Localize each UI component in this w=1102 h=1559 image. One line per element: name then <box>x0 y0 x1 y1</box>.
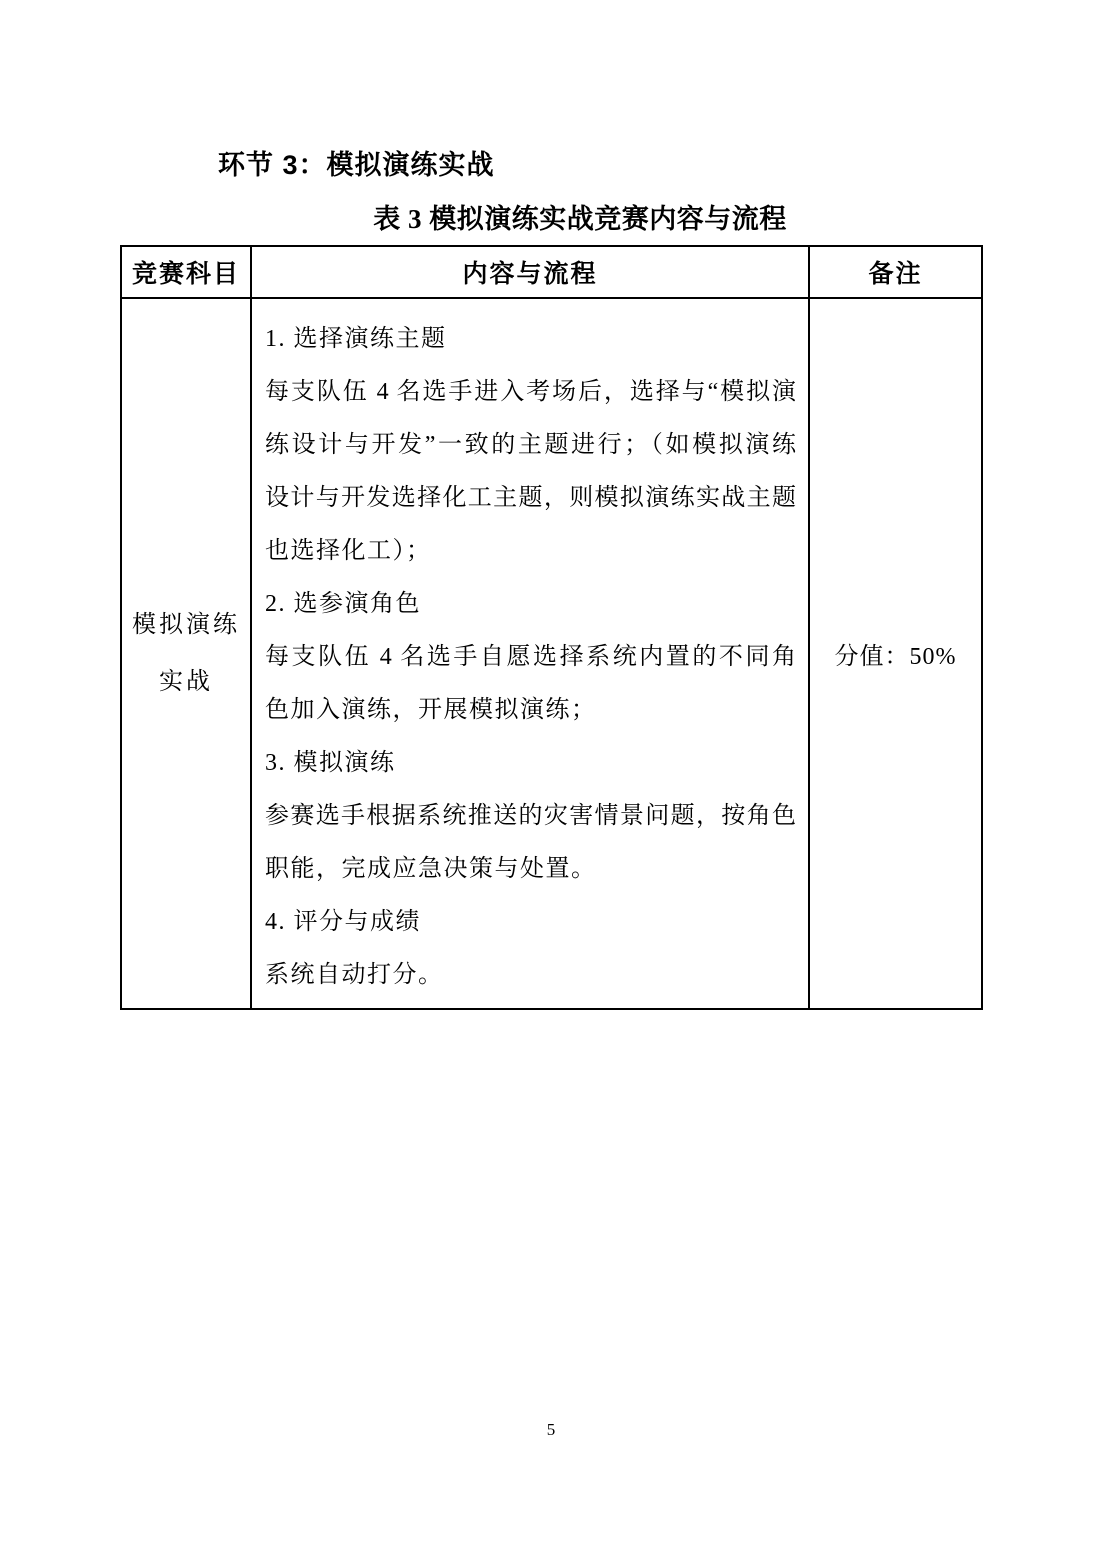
table-body-row: 模拟演练 实战 1. 选择演练主题每支队伍 4 名选手进入考场后，选择与“模拟演… <box>122 299 981 1008</box>
content-line: 参赛选手根据系统推送的灾害情景问题，按角色 <box>265 790 796 843</box>
document-page: 环节 3：模拟演练实战 表 3 模拟演练实战竞赛内容与流程 竞赛科目 内容与流程… <box>0 0 1102 1559</box>
content-line: 2. 选参演角色 <box>265 578 796 631</box>
header-remark-column: 备注 <box>810 247 981 297</box>
page-number: 5 <box>0 1420 1102 1440</box>
content-line: 职能，完成应急决策与处置。 <box>265 843 796 896</box>
content-line: 色加入演练，开展模拟演练； <box>265 684 796 737</box>
subject-line-2: 实战 <box>159 654 213 711</box>
section-heading: 环节 3：模拟演练实战 <box>218 143 495 182</box>
header-content-column: 内容与流程 <box>252 247 810 297</box>
remark-text: 分值：50% <box>835 636 957 671</box>
content-line: 1. 选择演练主题 <box>265 313 796 366</box>
content-line: 每支队伍 4 名选手进入考场后，选择与“模拟演 <box>265 366 796 419</box>
content-line: 3. 模拟演练 <box>265 737 796 790</box>
header-subject-column: 竞赛科目 <box>122 247 252 297</box>
content-line: 也选择化工）； <box>265 525 796 578</box>
content-line: 每支队伍 4 名选手自愿选择系统内置的不同角 <box>265 631 796 684</box>
content-line: 设计与开发选择化工主题，则模拟演练实战主题 <box>265 472 796 525</box>
subject-cell: 模拟演练 实战 <box>122 299 252 1008</box>
content-line: 系统自动打分。 <box>265 949 796 1002</box>
competition-table: 竞赛科目 内容与流程 备注 模拟演练 实战 1. 选择演练主题每支队伍 4 名选… <box>120 245 983 1010</box>
table-caption: 表 3 模拟演练实战竞赛内容与流程 <box>60 197 1100 236</box>
content-cell: 1. 选择演练主题每支队伍 4 名选手进入考场后，选择与“模拟演练设计与开发”一… <box>252 299 810 1008</box>
remark-cell: 分值：50% <box>810 299 981 1008</box>
table-header-row: 竞赛科目 内容与流程 备注 <box>122 247 981 299</box>
subject-line-1: 模拟演练 <box>132 597 240 654</box>
content-line: 练设计与开发”一致的主题进行；（如模拟演练 <box>265 419 796 472</box>
content-line: 4. 评分与成绩 <box>265 896 796 949</box>
